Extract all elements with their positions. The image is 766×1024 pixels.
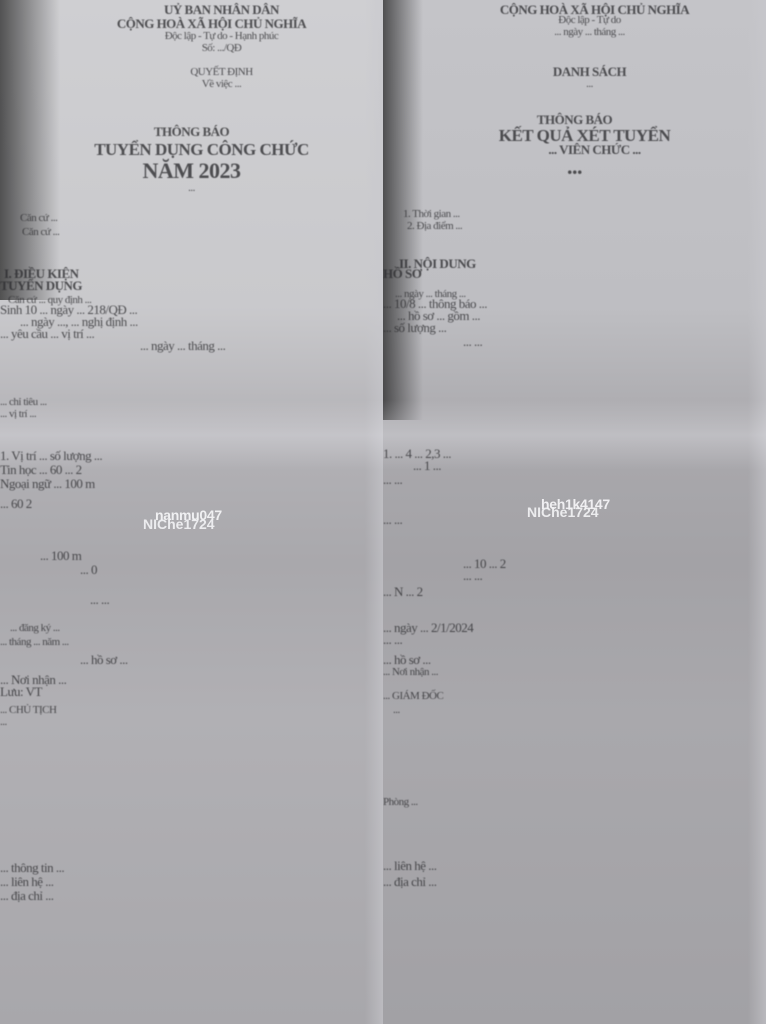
table-row: ... 0 bbox=[80, 562, 97, 578]
signature-line: ... GIÁM ĐỐC bbox=[383, 690, 443, 702]
watermark-text: NIChe1724 bbox=[143, 516, 215, 532]
title-line: ... bbox=[0, 182, 383, 194]
intro-line: Căn cứ ... bbox=[20, 212, 57, 224]
header-line: Độc lập - Tự do bbox=[383, 14, 766, 26]
table-row: Ngoại ngữ ... 100 m bbox=[0, 476, 95, 492]
watermark-text: NIChe1724 bbox=[527, 504, 599, 520]
footer-line: ... địa chỉ ... bbox=[383, 874, 437, 890]
subtitle-line: ... bbox=[383, 78, 766, 90]
section-heading: TUYỂN DỤNG bbox=[0, 278, 82, 294]
title-line: THÔNG BÁO bbox=[0, 124, 383, 140]
footer-line: ... liên hệ ... bbox=[383, 858, 437, 874]
paragraph-line: ... ... bbox=[463, 334, 482, 350]
table-row: ... N ... 2 bbox=[383, 584, 423, 600]
note-line: ... đăng ký ... bbox=[10, 622, 60, 634]
title-line: ... bbox=[383, 154, 766, 180]
closing-line: Lưu: VT bbox=[0, 684, 42, 700]
signature-line: ... bbox=[393, 704, 400, 716]
intro-line: Căn cứ ... bbox=[22, 226, 59, 238]
table-row: ... 1 ... bbox=[413, 458, 441, 474]
intro-line: 1. Thời gian ... bbox=[403, 208, 460, 220]
note-line: ... tháng ... năm ... bbox=[0, 636, 69, 648]
signature-line: ... bbox=[0, 716, 7, 728]
footer-label: Phòng ... bbox=[383, 796, 418, 808]
header-line: QUYẾT ĐỊNH bbox=[0, 66, 383, 78]
header-line: Số: .../QĐ bbox=[0, 42, 383, 54]
table-intro-line: ... vị trí ... bbox=[0, 408, 36, 420]
title-line: NĂM 2023 bbox=[0, 158, 383, 184]
table-row: ... 100 m bbox=[40, 548, 81, 564]
table-row: ... 60 2 bbox=[0, 496, 32, 512]
paragraph-line: ... yêu cầu ... vị trí ... bbox=[0, 326, 94, 342]
closing-line: ... hồ sơ ... bbox=[80, 652, 128, 668]
header-line: Về việc ... bbox=[0, 78, 383, 90]
table-intro-line: ... chỉ tiêu ... bbox=[0, 396, 47, 408]
table-row: ... ... bbox=[383, 472, 402, 488]
footer-line: ... địa chỉ ... bbox=[0, 888, 54, 904]
paragraph-line: ... ngày ... tháng ... bbox=[140, 338, 225, 354]
left-document-page: UỶ BAN NHÂN DÂN CỘNG HOÀ XÃ HỘI CHỦ NGHĨ… bbox=[0, 0, 383, 1024]
intro-line: 2. Địa điểm ... bbox=[407, 220, 462, 232]
table-row: ... ... bbox=[90, 592, 109, 608]
header-line: ... ngày ... tháng ... bbox=[383, 26, 766, 38]
header-line: Độc lập - Tự do - Hạnh phúc bbox=[0, 30, 383, 42]
section-heading: HỒ SƠ bbox=[383, 266, 421, 282]
right-document-page: CỘNG HOÀ XÃ HỘI CHỦ NGHĨA Độc lập - Tự d… bbox=[383, 0, 766, 1024]
note-line: ... ... bbox=[383, 632, 402, 648]
closing-line: ... Nơi nhận ... bbox=[383, 666, 438, 678]
table-row: ... ... bbox=[463, 568, 482, 584]
signature-line: ... CHỦ TỊCH bbox=[0, 704, 56, 716]
paragraph-line: ... số lượng ... bbox=[383, 320, 446, 336]
title-line: TUYỂN DỤNG CÔNG CHỨC bbox=[0, 140, 383, 160]
table-row: ... ... bbox=[383, 512, 402, 528]
